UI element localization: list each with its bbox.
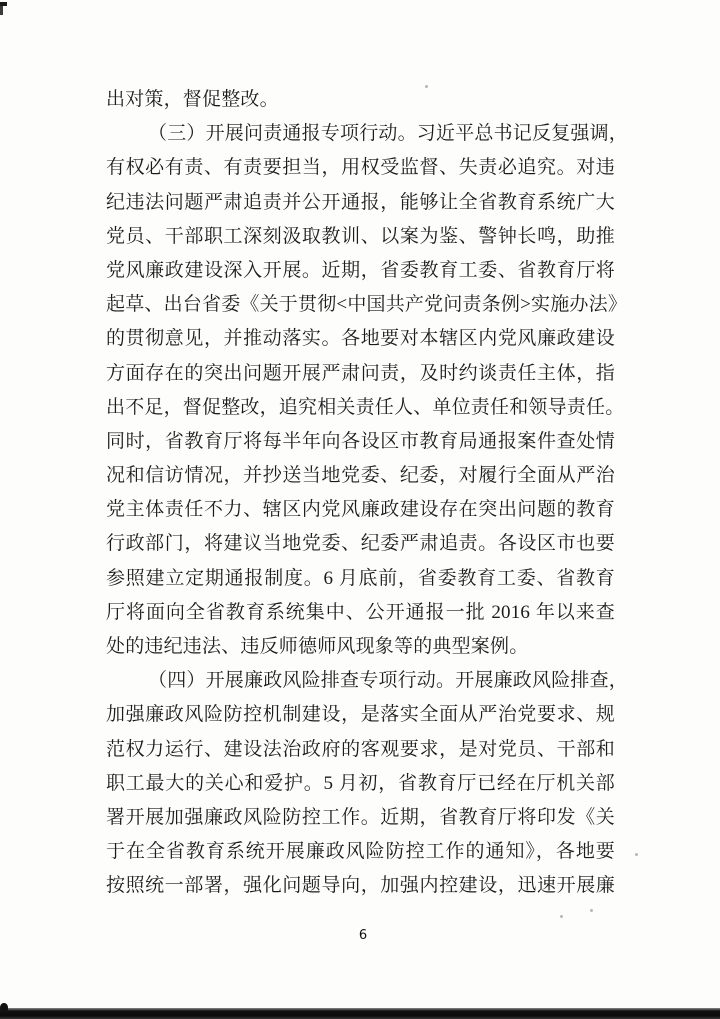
document-line: 党主体责任不力、辖区内党风廉政建设存在突出问题的教育 xyxy=(106,493,615,527)
document-line: （四）开展廉政风险排查专项行动。开展廉政风险排查， xyxy=(106,664,615,698)
document-line: 厅将面向全省教育系统集中、公开通报一批 2016 年以来查 xyxy=(106,596,615,630)
document-line: 于在全省教育系统开展廉政风险防控工作的通知》，各地要 xyxy=(106,835,615,869)
document-line: 况和信访情况，并抄送当地党委、纪委，对履行全面从严治 xyxy=(106,459,615,493)
scan-speck xyxy=(425,85,428,88)
scanned-document-page: 出对策，督促整改。（三）开展问责通报专项行动。习近平总书记反复强调，有权必有责、… xyxy=(0,0,720,1019)
document-line: 处的违纪违法、违反师德师风现象等的典型案例。 xyxy=(106,630,615,664)
document-line: 党员、干部职工深刻汲取教训、以案为鉴、警钟长鸣，助推 xyxy=(106,220,615,254)
document-line: 按照统一部署，强化问题导向，加强内控建设，迅速开展廉 xyxy=(106,869,615,903)
document-text-block: 出对策，督促整改。（三）开展问责通报专项行动。习近平总书记反复强调，有权必有责、… xyxy=(106,83,615,904)
document-line: 出对策，督促整改。 xyxy=(106,83,615,117)
scan-mark-top-left xyxy=(0,6,3,15)
document-line: 有权必有责、有责要担当，用权受监督、失责必追究。对违 xyxy=(106,151,615,185)
document-line: 的贯彻意见，并推动落实。各地要对本辖区内党风廉政建设 xyxy=(106,322,615,356)
scan-speck xyxy=(635,853,638,856)
document-line: （三）开展问责通报专项行动。习近平总书记反复强调， xyxy=(106,117,615,151)
document-line: 加强廉政风险防控机制建设，是落实全面从严治党要求、规 xyxy=(106,698,615,732)
document-line: 参照建立定期通报制度。6 月底前，省委教育工委、省教育 xyxy=(106,562,615,596)
document-line: 行政部门，将建议当地党委、纪委严肃追责。各设区市也要 xyxy=(106,527,615,561)
scan-mark-bottom-left xyxy=(0,1003,8,1013)
scan-speck xyxy=(560,915,563,918)
document-line: 职工最大的关心和爱护。5 月初，省教育厅已经在厅机关部 xyxy=(106,767,615,801)
page-number: 6 xyxy=(340,928,386,943)
document-line: 纪违法问题严肃追责并公开通报，能够让全省教育系统广大 xyxy=(106,186,615,220)
scan-edge-bottom-bar xyxy=(0,1008,720,1019)
document-line: 党风廉政建设深入开展。近期，省委教育工委、省教育厅将 xyxy=(106,254,615,288)
document-line: 起草、出台省委《关于贯彻<中国共产党问责条例>实施办法》 xyxy=(106,288,615,322)
document-line: 同时，省教育厅将每半年向各设区市教育局通报案件查处情 xyxy=(106,425,615,459)
document-line: 署开展加强廉政风险防控工作。近期，省教育厅将印发《关 xyxy=(106,801,615,835)
scan-speck xyxy=(590,909,593,912)
document-line: 出不足，督促整改，追究相关责任人、单位责任和领导责任。 xyxy=(106,391,615,425)
document-line: 方面存在的突出问题开展严肃问责，及时约谈责任主体，指 xyxy=(106,357,615,391)
document-line: 范权力运行、建设法治政府的客观要求，是对党员、干部和 xyxy=(106,733,615,767)
